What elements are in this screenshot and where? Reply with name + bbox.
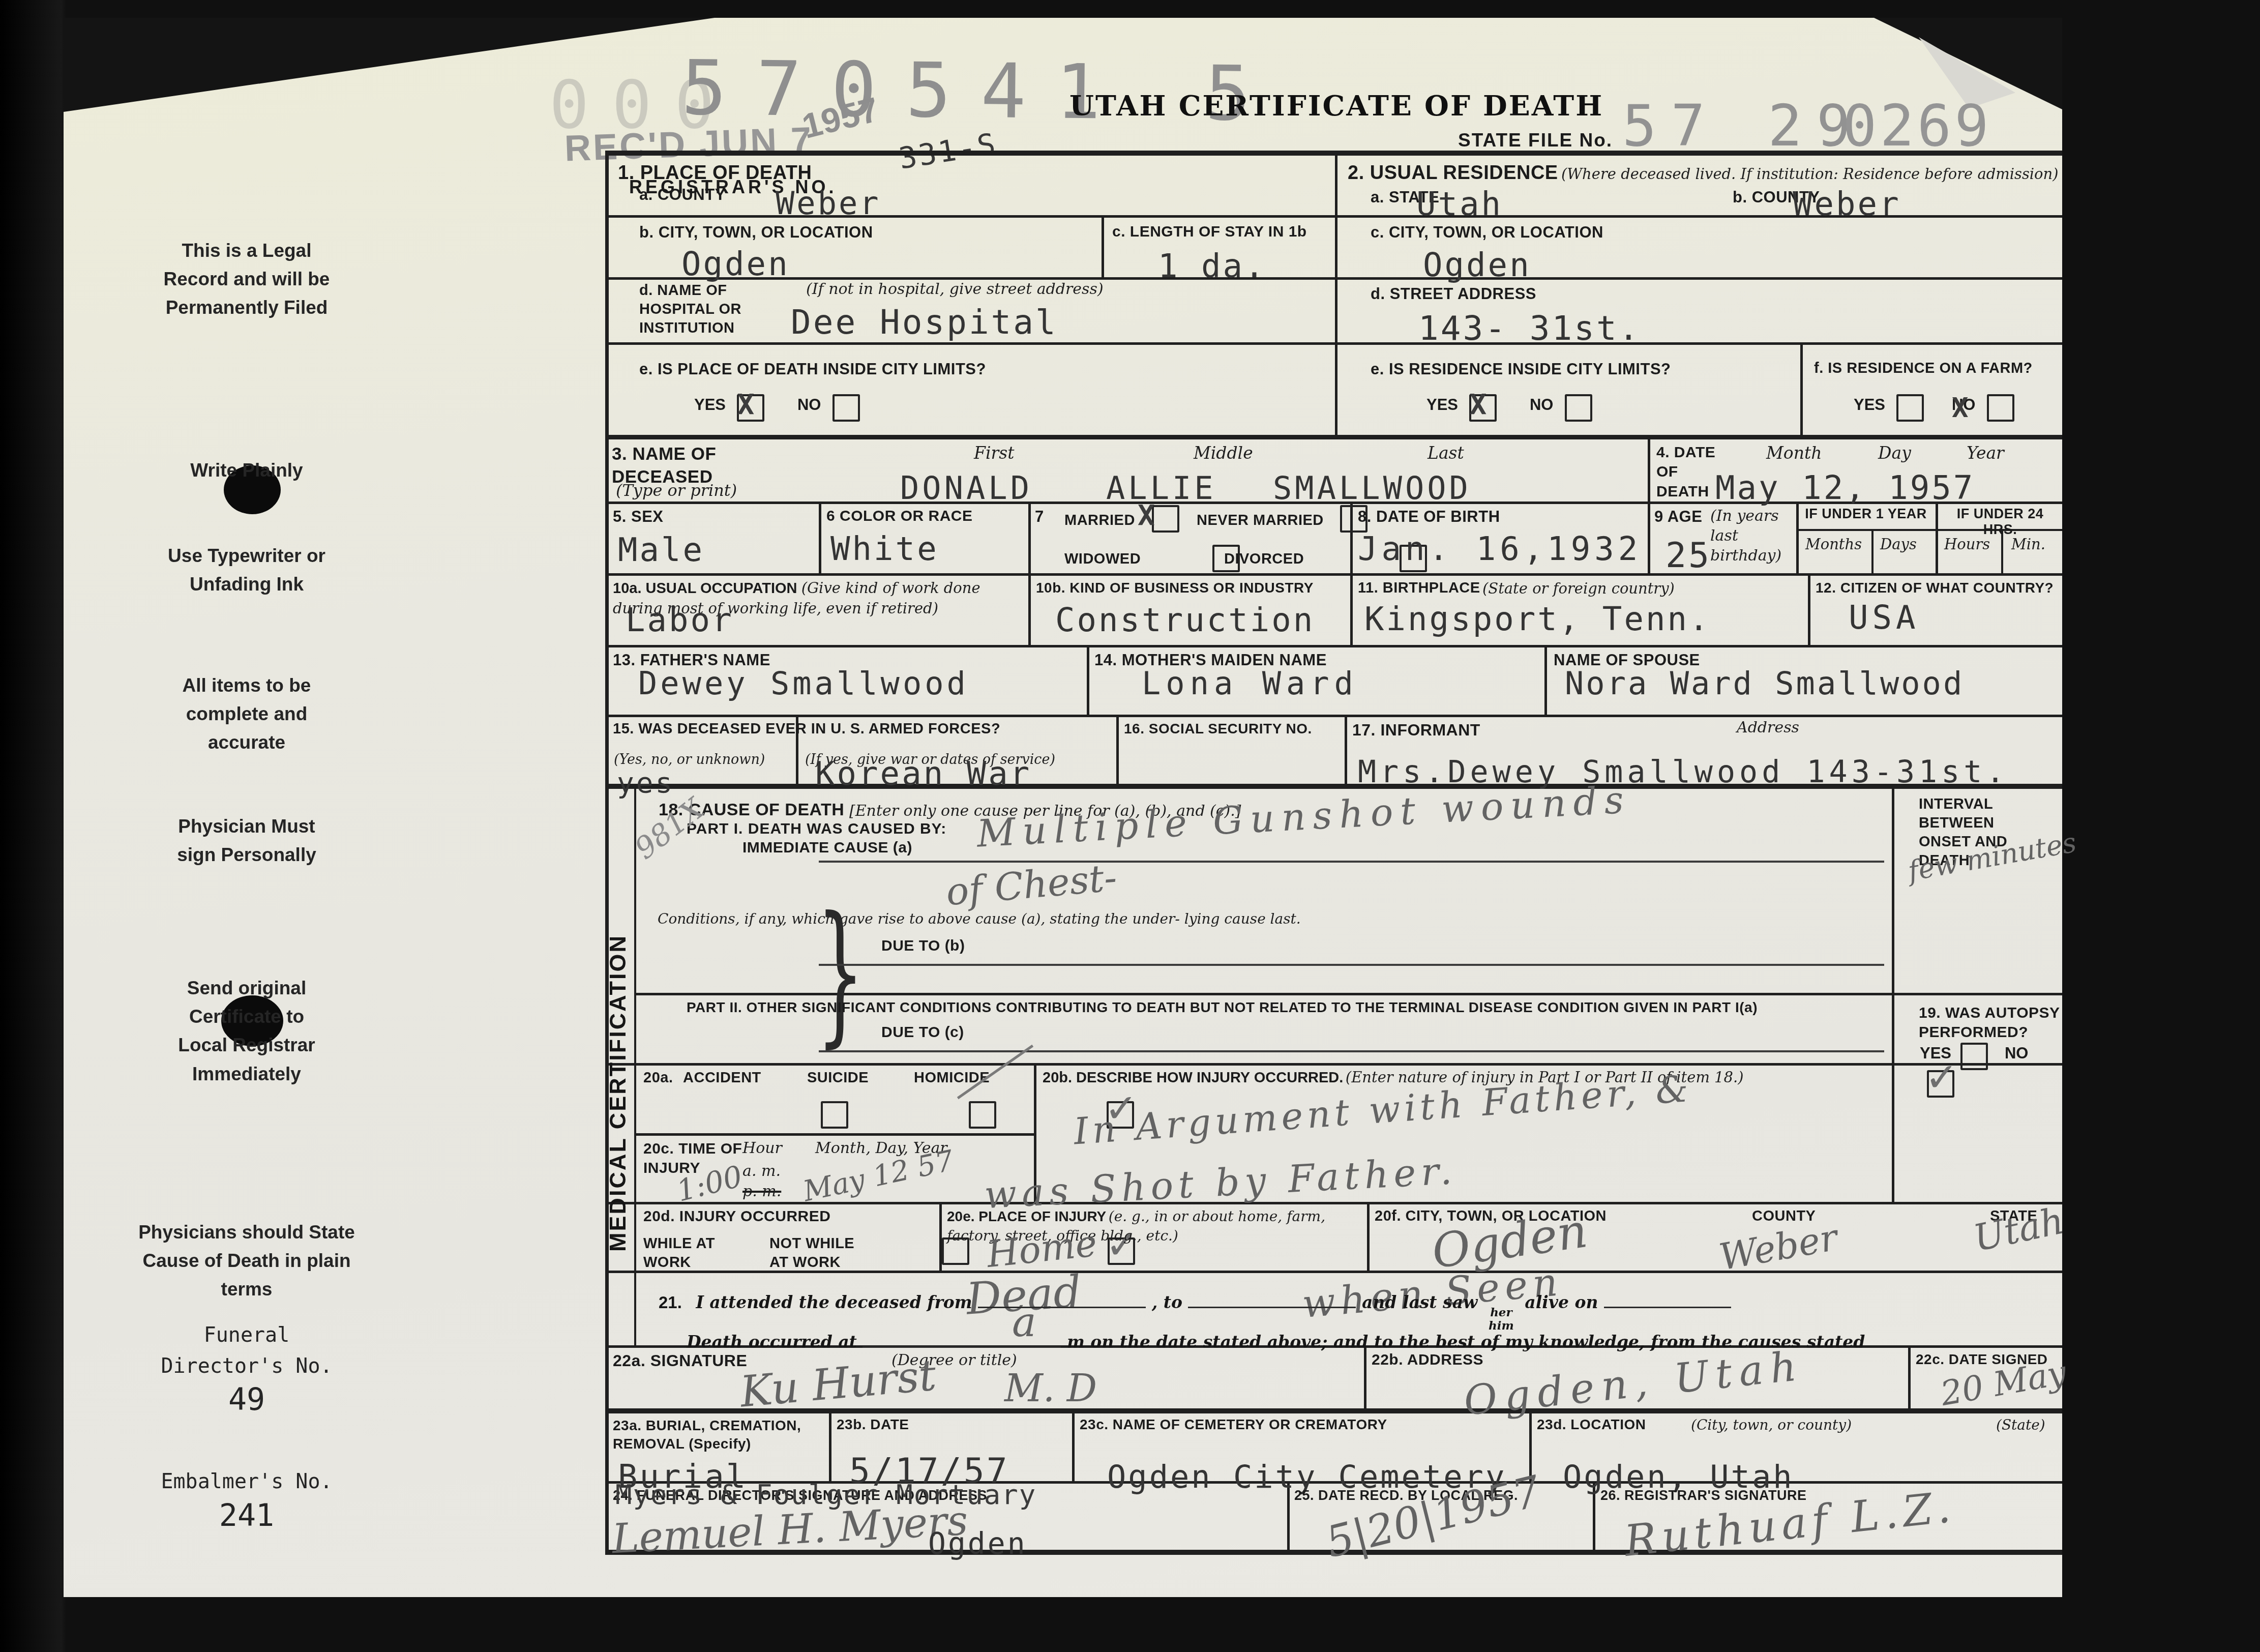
- f7-widowed-label: WIDOWED: [1064, 551, 1141, 568]
- f3-last-label: Last: [1428, 443, 1464, 463]
- margin-note-complete: All items to be complete and accurate: [163, 671, 331, 757]
- f9-age-hint: (In years last birthday): [1710, 506, 1807, 566]
- margin-note-plain-terms: Physicians should State Cause of Death i…: [132, 1218, 361, 1304]
- f3-middle-label: Middle: [1194, 443, 1253, 463]
- f9-months-label: Months: [1805, 536, 1862, 553]
- divider-line: [605, 715, 2062, 717]
- f5-sex-value: Male: [618, 532, 704, 569]
- f2e-yes-mark: X: [1469, 388, 1486, 421]
- f21-text5: Death occurred at: [687, 1332, 857, 1352]
- divider-line: [1800, 342, 1803, 437]
- f3-last-value: SMALLWOOD: [1273, 469, 1471, 507]
- divider-line: [634, 784, 636, 1347]
- margin-note-send-original: Send original Certificate to Local Regis…: [163, 974, 331, 1088]
- f18-due-b-label: DUE TO (b): [881, 937, 965, 955]
- f1e-no-label: NO: [797, 396, 821, 414]
- f7-divorced-label: DIVORCED: [1224, 551, 1304, 568]
- divider-line: [1364, 1345, 1366, 1411]
- f7-married-mark: X: [1138, 499, 1155, 532]
- f3-type-hint: (Type or print): [616, 481, 737, 500]
- f1e-yes-no-row: YES X NO: [694, 394, 860, 422]
- f2a-state-value: Utah: [1416, 186, 1503, 223]
- f1a-county-label: a. COUNTY: [639, 186, 726, 204]
- f23d-location-hint: (City, town, or county): [1691, 1417, 1852, 1433]
- divider-line: [1102, 215, 1104, 280]
- form-title: UTAH CERTIFICATE OF DEATH: [1069, 89, 1603, 122]
- f18-conditions-text: Conditions, if any, which gave rise to a…: [658, 904, 1301, 934]
- f4-day-label: Day: [1878, 443, 1911, 463]
- f1d-hospital-value: Dee Hospital: [791, 303, 1058, 342]
- f1e-yes-label: YES: [694, 396, 726, 414]
- f3-first-label: First: [974, 443, 1014, 463]
- f11-birthplace-label: 11. BIRTHPLACE: [1358, 580, 1480, 597]
- f5-sex-label: 5. SEX: [613, 508, 664, 526]
- f19-autopsy-label: 19. WAS AUTOPSY PERFORMED?: [1919, 1004, 2060, 1043]
- f2-title-hint: (Where deceased lived. If institution: R…: [1561, 165, 2059, 183]
- divider-line: [1367, 1202, 1370, 1273]
- cause-b-rule: [819, 964, 1884, 966]
- f2e-no-checkbox: [1565, 394, 1592, 422]
- f10b-industry-label: 10b. KIND OF BUSINESS OR INDUSTRY: [1036, 580, 1314, 596]
- f21-blank-to: [1188, 1288, 1356, 1308]
- f23b-date-label: 23b. DATE: [837, 1417, 909, 1433]
- f2f-yes-checkbox: [1896, 394, 1924, 422]
- f11-birthplace-hint: (State or foreign country): [1482, 580, 1675, 597]
- f1b-city-value: Ogden: [681, 246, 790, 283]
- f21-num: 21.: [659, 1293, 682, 1312]
- divider-line: [1087, 645, 1089, 717]
- f21-blank-from: [978, 1288, 1146, 1308]
- f7-married-checkbox: X: [1152, 505, 1179, 533]
- f2b-county-value: Weber: [1793, 186, 1901, 223]
- f10b-industry-value: Construction: [1055, 602, 1315, 639]
- f23c-cemetery-label: 23c. NAME OF CEMETERY OR CREMATORY: [1080, 1417, 1387, 1433]
- f4-month-label: Month: [1766, 443, 1822, 463]
- f4-dateofdeath-value: May 12, 1957: [1715, 469, 1975, 507]
- divider-line: [1908, 1345, 1911, 1411]
- divider-line: [605, 151, 2062, 156]
- f22a-degree-handwriting: M. D: [1004, 1367, 1097, 1410]
- spouse-value: Nora Ward Smallwood: [1565, 665, 1964, 702]
- divider-line: [1116, 715, 1119, 786]
- f17-informant-label: 17. INFORMANT: [1352, 721, 1480, 740]
- f20a-suicide-checkbox: [969, 1101, 996, 1129]
- f21-line2: Death occurred at m on the date stated a…: [687, 1328, 1865, 1352]
- f21-handwriting-a: a: [1012, 1299, 1036, 1346]
- f16-ssn-label: 16. SOCIAL SECURITY NO.: [1124, 721, 1312, 737]
- f2e-citylimits-label: e. IS RESIDENCE INSIDE CITY LIMITS?: [1371, 360, 1671, 378]
- f1e-yes-checkbox: X: [737, 394, 764, 422]
- f2c-city-label: c. CITY, TOWN, OR LOCATION: [1371, 223, 1603, 242]
- embalmers-no-value: 241: [140, 1493, 353, 1539]
- f9-hours-label: Hours: [1944, 536, 1990, 553]
- f11-birthplace-value: Kingsport, Tenn.: [1364, 601, 1711, 638]
- f20d-whileatwork-label: WHILE AT WORK: [643, 1234, 715, 1272]
- f20a-accident-checkbox: [821, 1101, 848, 1129]
- f18-part1-label: PART I. DEATH WAS CAUSED BY:: [687, 820, 946, 838]
- f6-race-label: 6 COLOR OR RACE: [826, 508, 973, 525]
- f21-text3: and last saw: [1362, 1292, 1478, 1312]
- f2f-farm-label: f. IS RESIDENCE ON A FARM?: [1814, 360, 2033, 377]
- f20a-suicide-label: SUICIDE: [807, 1070, 869, 1086]
- f3-middle-value: ALLIE: [1106, 469, 1216, 507]
- divider-line: [605, 277, 2062, 280]
- divider-line: [605, 573, 2062, 576]
- f17-address-label: Address: [1737, 719, 1799, 736]
- cause-c-rule: [819, 1050, 1884, 1052]
- f23d-location-label: 23d. LOCATION: [1537, 1417, 1646, 1433]
- f1b-city-label: b. CITY, TOWN, OR LOCATION: [639, 223, 873, 242]
- f2f-yes-label: YES: [1854, 396, 1885, 414]
- f2e-yes-label: YES: [1426, 396, 1458, 414]
- f1d-hospital-label: d. NAME OF HOSPITAL OR INSTITUTION: [639, 281, 741, 338]
- f19-no-pen-mark: ✓: [1925, 1055, 1958, 1101]
- f1e-no-checkbox: [832, 394, 860, 422]
- divider-line: [1544, 645, 1547, 717]
- f19-no-checkbox: ✓: [1927, 1070, 1954, 1098]
- cause-a-rule: [819, 861, 1884, 863]
- divider-line: [1648, 435, 1650, 576]
- f21-text1: I attended the deceased from: [696, 1292, 972, 1312]
- f2e-yes-checkbox: X: [1469, 394, 1497, 422]
- divider-line: [605, 645, 2062, 647]
- divider-line: [634, 1133, 1034, 1136]
- f1e-yes-mark: X: [737, 388, 754, 421]
- f21-line1: 21. I attended the deceased from , to an…: [659, 1288, 1731, 1333]
- f1d-hospital-hint: (If not in hospital, give street address…: [806, 280, 1104, 298]
- f2f-no-checkbox: [1987, 394, 2014, 422]
- f13-father-value: Dewey Smallwood: [638, 665, 969, 702]
- f2d-street-label: d. STREET ADDRESS: [1371, 285, 1536, 303]
- f3-first-value: DONALD: [900, 469, 1032, 507]
- divider-line: [829, 1408, 831, 1484]
- f21-blank-aliveon: [1604, 1288, 1731, 1308]
- divider-line: [1892, 784, 1894, 1204]
- f19-yes-checkbox: [1960, 1043, 1988, 1070]
- f18-immediate-label: IMMEDIATE CAUSE (a): [742, 839, 912, 857]
- f22a-signature-handwriting: Ku Hurst: [738, 1350, 938, 1417]
- f2c-city-value: Ogden: [1423, 247, 1531, 284]
- f20f-handwriting-state: Utah: [1970, 1199, 2067, 1259]
- f19-yes-no-row: YES NO ✓: [1920, 1043, 2062, 1098]
- f2f-yes-no-row: YES NOX: [1854, 394, 2014, 422]
- f12-citizen-label: 12. CITIZEN OF WHAT COUNTRY?: [1816, 580, 2054, 596]
- f20e-label-bold: 20e. PLACE OF INJURY: [947, 1208, 1106, 1224]
- divider-line: [1072, 1408, 1075, 1484]
- f15-value-yes: yes: [617, 766, 674, 800]
- margin-note-physician-sign: Physician Must sign Personally: [170, 812, 323, 869]
- f20a-num: 20a.: [643, 1070, 673, 1086]
- f12-citizen-value: USA: [1849, 599, 1920, 637]
- divider-line: [1808, 573, 1810, 647]
- margin-note-write-plainly: Write Plainly: [145, 456, 348, 485]
- f10a-label-bold: 10a. USUAL OCCUPATION: [613, 580, 797, 597]
- f9-age-value: 25: [1666, 536, 1711, 576]
- f8-dob-value: Jan. 16,1932: [1358, 530, 1642, 568]
- f4-dateofdeath-label: 4. DATE OF DEATH: [1656, 443, 1715, 501]
- divider-line: [1335, 151, 1337, 437]
- certificate-paper: 000 570541 5 REC'D JUN 7 1957 REGISTRAR'…: [64, 18, 2062, 1597]
- divider-line: [605, 435, 2062, 439]
- divider-line: [1028, 501, 1031, 647]
- divider-line: [605, 151, 609, 1555]
- f22b-address-label: 22b. ADDRESS: [1372, 1351, 1483, 1369]
- f6-race-value: White: [830, 530, 939, 568]
- divider-line: [819, 501, 821, 576]
- f7-married-label: MARRIED: [1064, 512, 1135, 529]
- f20d-notwhileatwork-label: NOT WHILE AT WORK: [769, 1234, 854, 1272]
- f9-under1yr-label: IF UNDER 1 YEAR: [1799, 506, 1933, 522]
- f7-nevermarried-label: NEVER MARRIED: [1197, 512, 1324, 529]
- f23a-burial-label: 23a. BURIAL, CREMATION, REMOVAL (Specify…: [613, 1417, 801, 1453]
- f21-text4: alive on: [1525, 1292, 1598, 1312]
- divider-line: [1345, 715, 1347, 786]
- f20a-accident-label: ACCIDENT: [683, 1070, 761, 1086]
- f10a-occupation-value: Labor: [626, 602, 734, 639]
- f23d-state-hint: (State): [1996, 1417, 2045, 1433]
- scanned-death-certificate: 000 570541 5 REC'D JUN 7 1957 REGISTRAR'…: [0, 0, 2260, 1652]
- f1c-stay-label: c. LENGTH OF STAY IN 1b: [1112, 223, 1307, 241]
- medical-certification-vertical-label: MEDICAL CERTIFICATION: [605, 882, 631, 1304]
- f20c-am-label: a. m.: [742, 1162, 781, 1180]
- f1-title: 1. PLACE OF DEATH: [618, 162, 812, 184]
- f17-informant-value: Mrs.Dewey Smallwood 143-31st.: [1358, 754, 2009, 790]
- f4-year-label: Year: [1967, 443, 2004, 463]
- f18-due-c-label: DUE TO (c): [881, 1024, 964, 1041]
- f2e-yes-no-row: YES X NO: [1426, 394, 1592, 422]
- f21-her: her: [1489, 1306, 1514, 1319]
- f1c-stay-value: 1 da.: [1158, 248, 1266, 285]
- margin-note-legal-record: This is a Legal Record and will be Perma…: [163, 237, 331, 322]
- f2e-no-label: NO: [1530, 396, 1554, 414]
- f24-city-typed: Ogden: [928, 1526, 1027, 1561]
- f8-dob-label: 8. DATE OF BIRTH: [1358, 508, 1500, 526]
- f1e-citylimits-label: e. IS PLACE OF DEATH INSIDE CITY LIMITS?: [639, 360, 986, 378]
- f2f-no-mark: X: [1952, 392, 1969, 424]
- f20f-handwriting-county: Weber: [1716, 1216, 1840, 1278]
- f18-cause-a-handwriting-1: Multiple Gunshot wounds: [976, 778, 1632, 855]
- f21-text2: , to: [1152, 1292, 1182, 1312]
- conditions-brace: }: [816, 897, 865, 1049]
- divider-line: [605, 342, 2062, 345]
- f1a-county-value: Weber: [776, 185, 881, 222]
- f20c-pm-label: p. m.: [742, 1183, 781, 1200]
- funeral-directors-no-value: 49: [140, 1377, 353, 1423]
- f15-armedforces-label: 15. WAS DECEASED EVER IN U. S. ARMED FOR…: [613, 721, 1000, 737]
- f9-min-label: Min.: [2011, 536, 2045, 553]
- divider-line: [605, 1063, 2062, 1066]
- f20c-hour-label: Hour: [742, 1139, 782, 1157]
- f22a-signature-label: 22a. SIGNATURE: [613, 1351, 747, 1370]
- f19-no-label: NO: [2005, 1044, 2029, 1062]
- divider-line: [1871, 529, 1874, 576]
- f18-part2-label: PART II. OTHER SIGNIFICANT CONDITIONS CO…: [687, 999, 1758, 1016]
- f9-under24-label: IF UNDER 24 HRS.: [1938, 506, 2062, 538]
- f2d-street-value: 143- 31st.: [1418, 309, 1641, 348]
- funeral-directors-no-label: Funeral Director's No.: [140, 1320, 353, 1382]
- state-file-no-label: STATE FILE No.: [1458, 130, 1613, 151]
- f7-num: 7: [1035, 508, 1044, 526]
- f9-days-label: Days: [1880, 536, 1917, 553]
- f20b-label-bold: 20b. DESCRIBE HOW INJURY OCCURRED.: [1043, 1070, 1343, 1086]
- state-file-no-part2: 0269: [1842, 93, 1992, 159]
- f20d-injury-occurred-label: 20d. INJURY OCCURRED: [643, 1208, 830, 1225]
- state-file-no-part1: 57 29: [1622, 93, 1865, 159]
- f15-value-war: Korean War: [815, 755, 1031, 793]
- f9-age-label: 9 AGE: [1654, 508, 1702, 526]
- f2-title: 2. USUAL RESIDENCE: [1348, 162, 1558, 184]
- margin-note-typewriter: Use Typewriter or Unfading Ink: [147, 542, 346, 599]
- f15-hint1: (Yes, no, or unknown): [614, 752, 765, 768]
- f14-mother-value: Lona Ward: [1142, 665, 1358, 702]
